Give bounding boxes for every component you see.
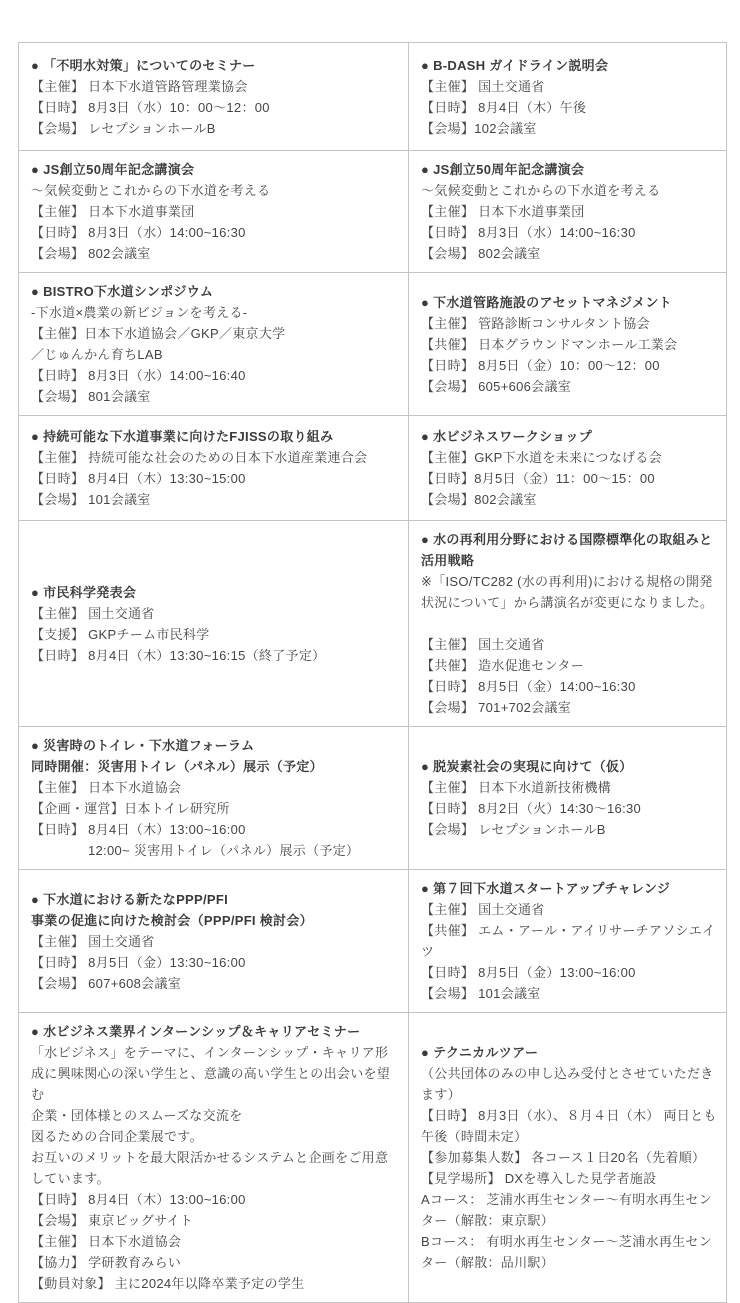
event-detail-line: Aコース： 芝浦水再生センター～有明水再生センター（解散：東京駅） (421, 1189, 718, 1231)
event-row: ● 持続可能な下水道事業に向けたFJISSの取り組み【主催】 持続可能な社会のた… (19, 416, 727, 521)
event-detail-line: 【会場】 607+608会議室 (31, 973, 400, 994)
event-detail-line: ※「ISO/TC282 (水の再利用)における規格の開発状況について」から講演名… (421, 571, 718, 613)
event-cell-left: ● JS創立50周年記念講演会～気候変動とこれからの下水道を考える【主催】 日本… (19, 151, 409, 273)
event-title: ● JS創立50周年記念講演会 (31, 159, 400, 180)
event-title: ● BISTRO下水道シンポジウム (31, 281, 400, 302)
event-detail-line: 【共催】 エム・アール・アイリサーチアソシエイツ (421, 920, 718, 962)
event-detail-line: 【日時】 8月5日（金）10：00～12：00 (421, 355, 718, 376)
event-title: ● JS創立50周年記念講演会 (421, 159, 718, 180)
event-detail-line: 【会場】 802会議室 (31, 243, 400, 264)
event-detail-line: 【主催】 日本下水道事業団 (421, 201, 718, 222)
event-cell-right: ● 第７回下水道スタートアップチャレンジ【主催】 国土交通省【共催】 エム・アー… (409, 870, 727, 1013)
event-cell-right: ● 水の再利用分野における国際標準化の取組みと活用戦略※「ISO/TC282 (… (409, 521, 727, 727)
event-detail-line: 【会場】802会議室 (421, 489, 718, 510)
event-cell-left: ● 下水道における新たなPPP/PFI事業の促進に向けた検討会（PPP/PFI … (19, 870, 409, 1013)
event-detail-line: 【会場】 801会議室 (31, 386, 400, 407)
event-cell-left: ● 水ビジネス業界インターンシップ＆キャリアセミナー「水ビジネス」をテーマに、イ… (19, 1013, 409, 1303)
event-detail-line: 【日時】 8月3日（水）14:00~16:30 (421, 222, 718, 243)
event-detail-line: 【企画・運営】日本トイレ研究所 (31, 798, 400, 819)
event-detail-line: 【主催】 国土交通省 (31, 931, 400, 952)
event-cell-right: ● 下水道管路施設のアセットマネジメント【主催】 管路診断コンサルタント協会【共… (409, 273, 727, 416)
event-detail-line: 【日時】 8月4日（木）13:30~16:15（終了予定） (31, 645, 400, 666)
event-detail-line: 【主催】 国土交通省 (421, 634, 718, 655)
event-cell-right: ● JS創立50周年記念講演会～気候変動とこれからの下水道を考える【主催】 日本… (409, 151, 727, 273)
event-detail-line: 12:00~ 災害用トイレ（パネル）展示（予定） (31, 840, 400, 861)
event-row: ● 「不明水対策」についてのセミナー【主催】 日本下水道管路管理業協会【日時】 … (19, 43, 727, 151)
event-detail-line: 【会場】 101会議室 (421, 983, 718, 1004)
event-cell-left: ● 災害時のトイレ・下水道フォーラム同時開催：災害用トイレ（パネル）展示（予定）… (19, 727, 409, 870)
event-detail-line: 【主催】 国土交通省 (421, 76, 718, 97)
event-cell-right: ● 水ビジネスワークショップ【主催】GKP下水道を未来につなげる会【日時】8月5… (409, 416, 727, 521)
event-detail-line: 【会場】 802会議室 (421, 243, 718, 264)
event-detail-line: ～気候変動とこれからの下水道を考える (421, 180, 718, 201)
event-title: ● 市民科学発表会 (31, 582, 400, 603)
event-detail-line: 【日時】 8月4日（木）13:00~16:00 (31, 819, 400, 840)
event-detail-line: 【会場】 東京ビッグサイト (31, 1210, 400, 1231)
event-cell-left: ● 「不明水対策」についてのセミナー【主催】 日本下水道管路管理業協会【日時】 … (19, 43, 409, 151)
event-detail-line: 【日時】 8月5日（金）13:00~16:00 (421, 962, 718, 983)
event-detail-line: 【主催】 日本下水道事業団 (31, 201, 400, 222)
event-detail-line: 「水ビジネス」をテーマに、インターンシップ・キャリア形成に興味関心の深い学生と、… (31, 1042, 400, 1105)
event-title: ● 下水道における新たなPPP/PFI (31, 889, 400, 910)
event-detail-line: 【主催】 日本下水道新技術機構 (421, 777, 718, 798)
event-detail-line: 【主催】 国土交通省 (31, 603, 400, 624)
event-detail-line: 【会場】 605+606会議室 (421, 376, 718, 397)
event-detail-line: 【日時】 8月5日（金）13:30~16:00 (31, 952, 400, 973)
event-title: ● 下水道管路施設のアセットマネジメント (421, 292, 718, 313)
event-detail-line: お互いのメリットを最大限活かせるシステムと企画をご用意しています。 (31, 1147, 400, 1189)
event-detail-line: Bコース： 有明水再生センター～芝浦水再生センター（解散：品川駅） (421, 1231, 718, 1273)
events-table-body: ● 「不明水対策」についてのセミナー【主催】 日本下水道管路管理業協会【日時】 … (19, 43, 727, 1303)
event-title: ● 水ビジネスワークショップ (421, 426, 718, 447)
event-detail-line: 【日時】 8月3日（水）14:00~16:30 (31, 222, 400, 243)
event-detail-line: 【主催】 持続可能な社会のための日本下水道産業連合会 (31, 447, 400, 468)
event-detail-line: ／じゅんかん育ちLAB (31, 344, 400, 365)
event-title: ● B-DASH ガイドライン説明会 (421, 55, 718, 76)
event-detail-line: （公共団体のみの申し込み受付とさせていただきます） (421, 1063, 718, 1105)
event-detail-line: 【主催】日本下水道協会／GKP／東京大学 (31, 323, 400, 344)
event-row: ● JS創立50周年記念講演会～気候変動とこれからの下水道を考える【主催】 日本… (19, 151, 727, 273)
event-detail-line: 【主催】 管路診断コンサルタント協会 (421, 313, 718, 334)
event-detail-line: 【日時】 8月4日（木）13:30~15:00 (31, 468, 400, 489)
event-cell-right: ● テクニカルツアー（公共団体のみの申し込み受付とさせていただきます）【日時】 … (409, 1013, 727, 1303)
event-detail-line: 【日時】 8月3日（水）14:00~16:40 (31, 365, 400, 386)
event-detail-line: 【日時】 8月5日（金）14:00~16:30 (421, 676, 718, 697)
event-cell-right: ● B-DASH ガイドライン説明会【主催】 国土交通省【日時】 8月4日（木）… (409, 43, 727, 151)
event-detail-line: 【主催】GKP下水道を未来につなげる会 (421, 447, 718, 468)
event-detail-line: 【会場】102会議室 (421, 118, 718, 139)
event-detail-line: -下水道×農業の新ビジョンを考える- (31, 302, 400, 323)
event-detail-line: 【主催】 日本下水道協会 (31, 777, 400, 798)
event-detail-line: 【会場】 レセプションホールB (31, 118, 400, 139)
event-detail-line: 事業の促進に向けた検討会（PPP/PFI 検討会） (31, 910, 400, 931)
event-title: ● 脱炭素社会の実現に向けて（仮） (421, 756, 718, 777)
event-title: ● 水ビジネス業界インターンシップ＆キャリアセミナー (31, 1021, 400, 1042)
event-detail-line: 【参加募集人数】 各コース１日20名（先着順） (421, 1147, 718, 1168)
event-detail-line: 【日時】 8月3日（水）10：00～12：00 (31, 97, 400, 118)
event-title: ● 水の再利用分野における国際標準化の取組みと活用戦略 (421, 529, 718, 571)
event-title: ● 「不明水対策」についてのセミナー (31, 55, 400, 76)
event-detail-line: 【見学場所】 DXを導入した見学者施設 (421, 1168, 718, 1189)
event-detail-line: 【日時】 8月4日（木）午後 (421, 97, 718, 118)
event-detail-line: 図るための合同企業展です。 (31, 1126, 400, 1147)
event-detail-line: 【協力】 学研教育みらい (31, 1252, 400, 1273)
event-cell-left: ● 市民科学発表会【主催】 国土交通省【支援】 GKPチーム市民科学【日時】 8… (19, 521, 409, 727)
event-detail-line: 企業・団体様とのスムーズな交流を (31, 1105, 400, 1126)
event-title: ● 持続可能な下水道事業に向けたFJISSの取り組み (31, 426, 400, 447)
event-title: ● 災害時のトイレ・下水道フォーラム (31, 735, 400, 756)
event-title: ● テクニカルツアー (421, 1042, 718, 1063)
event-detail-line: 【支援】 GKPチーム市民科学 (31, 624, 400, 645)
event-detail-line: 同時開催：災害用トイレ（パネル）展示（予定） (31, 756, 400, 777)
event-detail-line: 【会場】 レセプションホールB (421, 819, 718, 840)
event-cell-left: ● 持続可能な下水道事業に向けたFJISSの取り組み【主催】 持続可能な社会のた… (19, 416, 409, 521)
event-detail-line: 【日時】 8月2日（火）14:30～16:30 (421, 798, 718, 819)
event-row: ● 水ビジネス業界インターンシップ＆キャリアセミナー「水ビジネス」をテーマに、イ… (19, 1013, 727, 1303)
event-row: ● 下水道における新たなPPP/PFI事業の促進に向けた検討会（PPP/PFI … (19, 870, 727, 1013)
event-cell-left: ● BISTRO下水道シンポジウム-下水道×農業の新ビジョンを考える-【主催】日… (19, 273, 409, 416)
event-title: ● 第７回下水道スタートアップチャレンジ (421, 878, 718, 899)
event-detail-line: 【日時】8月5日（金）11：00～15：00 (421, 468, 718, 489)
event-detail-line: 【主催】 日本下水道協会 (31, 1231, 400, 1252)
event-detail-line: 【会場】 701+702会議室 (421, 697, 718, 718)
event-cell-right: ● 脱炭素社会の実現に向けて（仮）【主催】 日本下水道新技術機構【日時】 8月2… (409, 727, 727, 870)
event-detail-line: 【会場】 101会議室 (31, 489, 400, 510)
event-detail-line: 【日時】 8月4日（木）13:00~16:00 (31, 1189, 400, 1210)
event-detail-line: 【日時】 8月3日（水）、８月４日（木） 両日とも午後（時間未定） (421, 1105, 718, 1147)
event-detail-line (421, 613, 718, 634)
event-detail-line: 【共催】 日本グラウンドマンホール工業会 (421, 334, 718, 355)
events-schedule-table: ● 「不明水対策」についてのセミナー【主催】 日本下水道管路管理業協会【日時】 … (18, 42, 727, 1303)
event-detail-line: 【共催】 造水促進センター (421, 655, 718, 676)
event-row: ● BISTRO下水道シンポジウム-下水道×農業の新ビジョンを考える-【主催】日… (19, 273, 727, 416)
event-row: ● 市民科学発表会【主催】 国土交通省【支援】 GKPチーム市民科学【日時】 8… (19, 521, 727, 727)
event-detail-line: 【主催】 国土交通省 (421, 899, 718, 920)
event-detail-line: 【主催】 日本下水道管路管理業協会 (31, 76, 400, 97)
event-row: ● 災害時のトイレ・下水道フォーラム同時開催：災害用トイレ（パネル）展示（予定）… (19, 727, 727, 870)
event-detail-line: ～気候変動とこれからの下水道を考える (31, 180, 400, 201)
